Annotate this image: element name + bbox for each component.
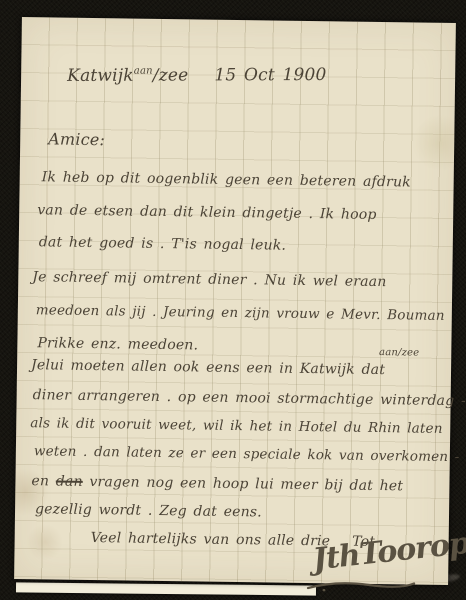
salutation: Amice: [48,129,105,149]
letter-line: Ik heb op dit oogenblik geen een beteren… [42,169,411,190]
dateline-place-superscript: aan [134,66,153,77]
letter-line: gezellig wordt . Zeg dat eens. [35,501,262,520]
letter-line-text: vragen nog een hoop lui meer bij dat het [83,474,404,494]
letter-line: van de etsen dan dit klein dingetje . Ik… [37,202,377,223]
closing-text: Veel hartelijks van ons alle drie [91,530,331,549]
letter-page: Katwijkaan/zee15 Oct 1900 Amice: Ik heb … [14,17,456,585]
struck-word: dan [56,474,83,490]
signature-underline-flourish [306,577,416,593]
dateline-place: Katwijk [67,66,134,86]
letter-line: als ik dit vooruit weet, wil ik het in H… [30,415,443,437]
letter-line: weten . dan laten ze er een speciale kok… [34,443,460,465]
letter-line-with-strikethrough: en dan vragen nog een hoop lui meer bij … [31,473,403,494]
dateline: Katwijkaan/zee15 Oct 1900 [67,65,326,86]
letter-line: Je schreef mij omtrent diner . Nu ik wel… [32,269,386,290]
letter-line: Prikke enz. meedoen. [37,335,198,353]
photographed-letter: Katwijkaan/zee15 Oct 1900 Amice: Ik heb … [0,0,466,600]
letter-line: meedoen als jij . Jeuring en zijn vrouw … [36,302,445,324]
letter-line-text: Jelui moeten allen ook eens een in Katwi… [31,357,385,378]
letter-line-text: en [31,473,56,489]
letter-line-with-insertion: Jelui moeten allen ook eens een in Katwi… [31,357,385,378]
second-sheet-edge [16,582,316,595]
letter-line: dat het goed is . T'is nogal leuk. [39,234,287,253]
dateline-date: 15 Oct 1900 [214,65,326,85]
superscript-insertion: aan/zee [379,347,419,359]
dateline-place-suffix: /zee [153,65,189,85]
letter-line: diner arrangeren . op een mooi stormacht… [33,387,466,409]
